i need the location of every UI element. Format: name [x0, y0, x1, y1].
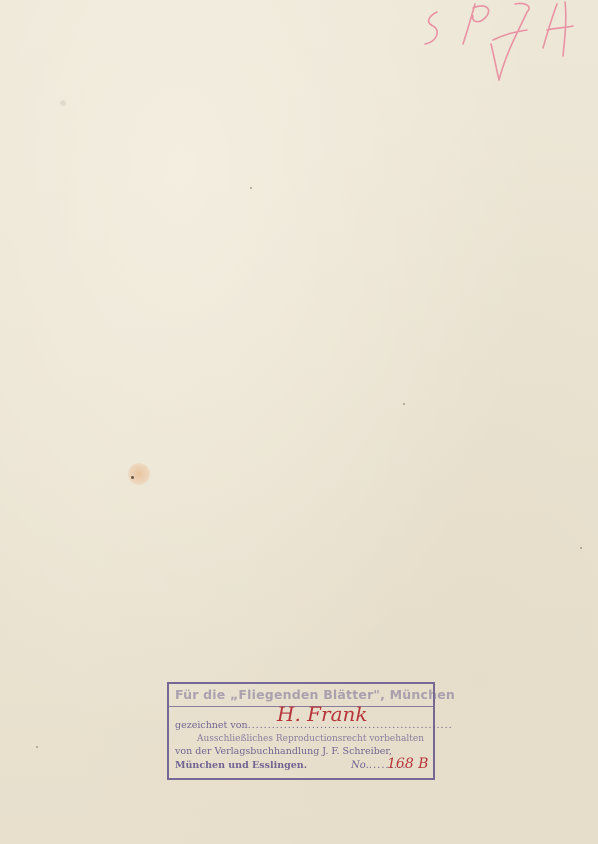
speck — [36, 746, 38, 748]
publisher-line: von der Verlagsbuchhandlung J. F. Schrei… — [175, 746, 392, 757]
pencil-annotation — [415, 0, 590, 90]
stain-mark — [128, 463, 150, 485]
drawn-by-label: gezeichnet von — [175, 720, 248, 731]
speck — [403, 403, 405, 405]
artist-signature: H. Frank — [277, 702, 368, 726]
archive-stamp: Für die „Fliegenden Blätter", München ge… — [167, 682, 435, 780]
speck — [250, 187, 252, 189]
rights-line: Ausschließliches Reproductionsrecht vorb… — [197, 734, 424, 744]
speck — [60, 100, 66, 106]
stamp-number: 168 B — [387, 756, 428, 772]
speck — [580, 547, 582, 549]
city-line: München und Esslingen. — [175, 760, 307, 771]
stain-dot — [131, 476, 134, 479]
